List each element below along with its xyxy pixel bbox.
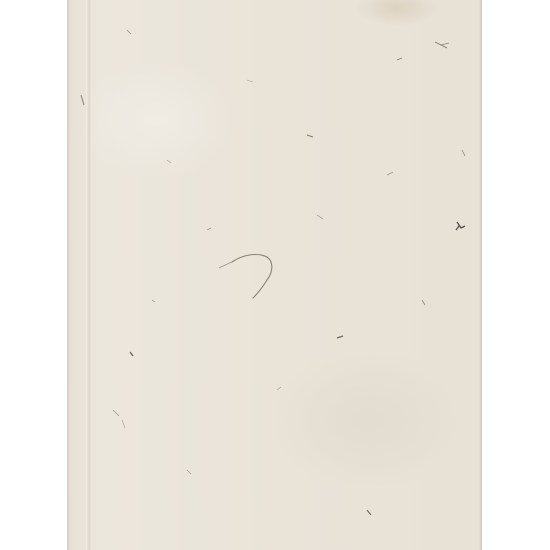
paper-sheet — [67, 0, 482, 550]
paper-fibers — [67, 0, 482, 550]
curved-fiber — [232, 255, 272, 298]
